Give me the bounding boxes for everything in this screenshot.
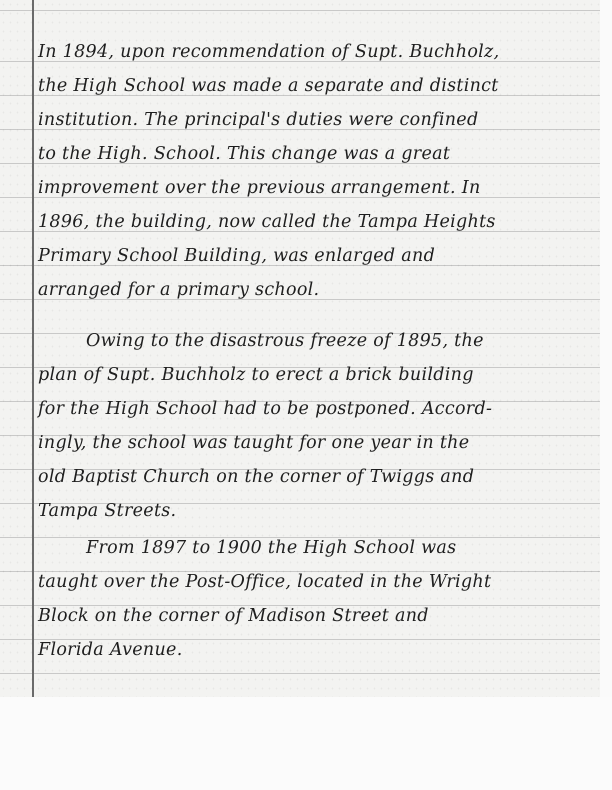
- text-line: From 1897 to 1900 the High School was: [86, 540, 456, 558]
- text-line: Primary School Building, was enlarged an…: [38, 248, 435, 266]
- text-line: ingly, the school was taught for one yea…: [38, 435, 469, 453]
- text-line: institution. The principal's duties were…: [38, 112, 478, 130]
- text-line: for the High School had to be postponed.…: [38, 401, 492, 419]
- text-line: old Baptist Church on the corner of Twig…: [38, 469, 474, 487]
- manuscript-page: In 1894, upon recommendation of Supt. Bu…: [0, 0, 600, 697]
- text-line: taught over the Post-Office, located in …: [38, 574, 491, 592]
- text-line: Florida Avenue.: [38, 642, 183, 660]
- text-line: to the High. School. This change was a g…: [38, 146, 450, 164]
- text-line: arranged for a primary school.: [38, 282, 319, 300]
- text-line: the High School was made a separate and …: [38, 78, 499, 96]
- text-line: Block on the corner of Madison Street an…: [38, 608, 429, 626]
- text-line: 1896, the building, now called the Tampa…: [38, 214, 496, 232]
- text-line: In 1894, upon recommendation of Supt. Bu…: [38, 44, 499, 62]
- text-line: plan of Supt. Buchholz to erect a brick …: [38, 367, 474, 385]
- page-bottom-blank-area: [0, 697, 612, 790]
- text-line: improvement over the previous arrangemen…: [38, 180, 481, 198]
- margin-line: [32, 0, 34, 700]
- text-line: Owing to the disastrous freeze of 1895, …: [86, 333, 484, 351]
- text-line: Tampa Streets.: [38, 503, 176, 521]
